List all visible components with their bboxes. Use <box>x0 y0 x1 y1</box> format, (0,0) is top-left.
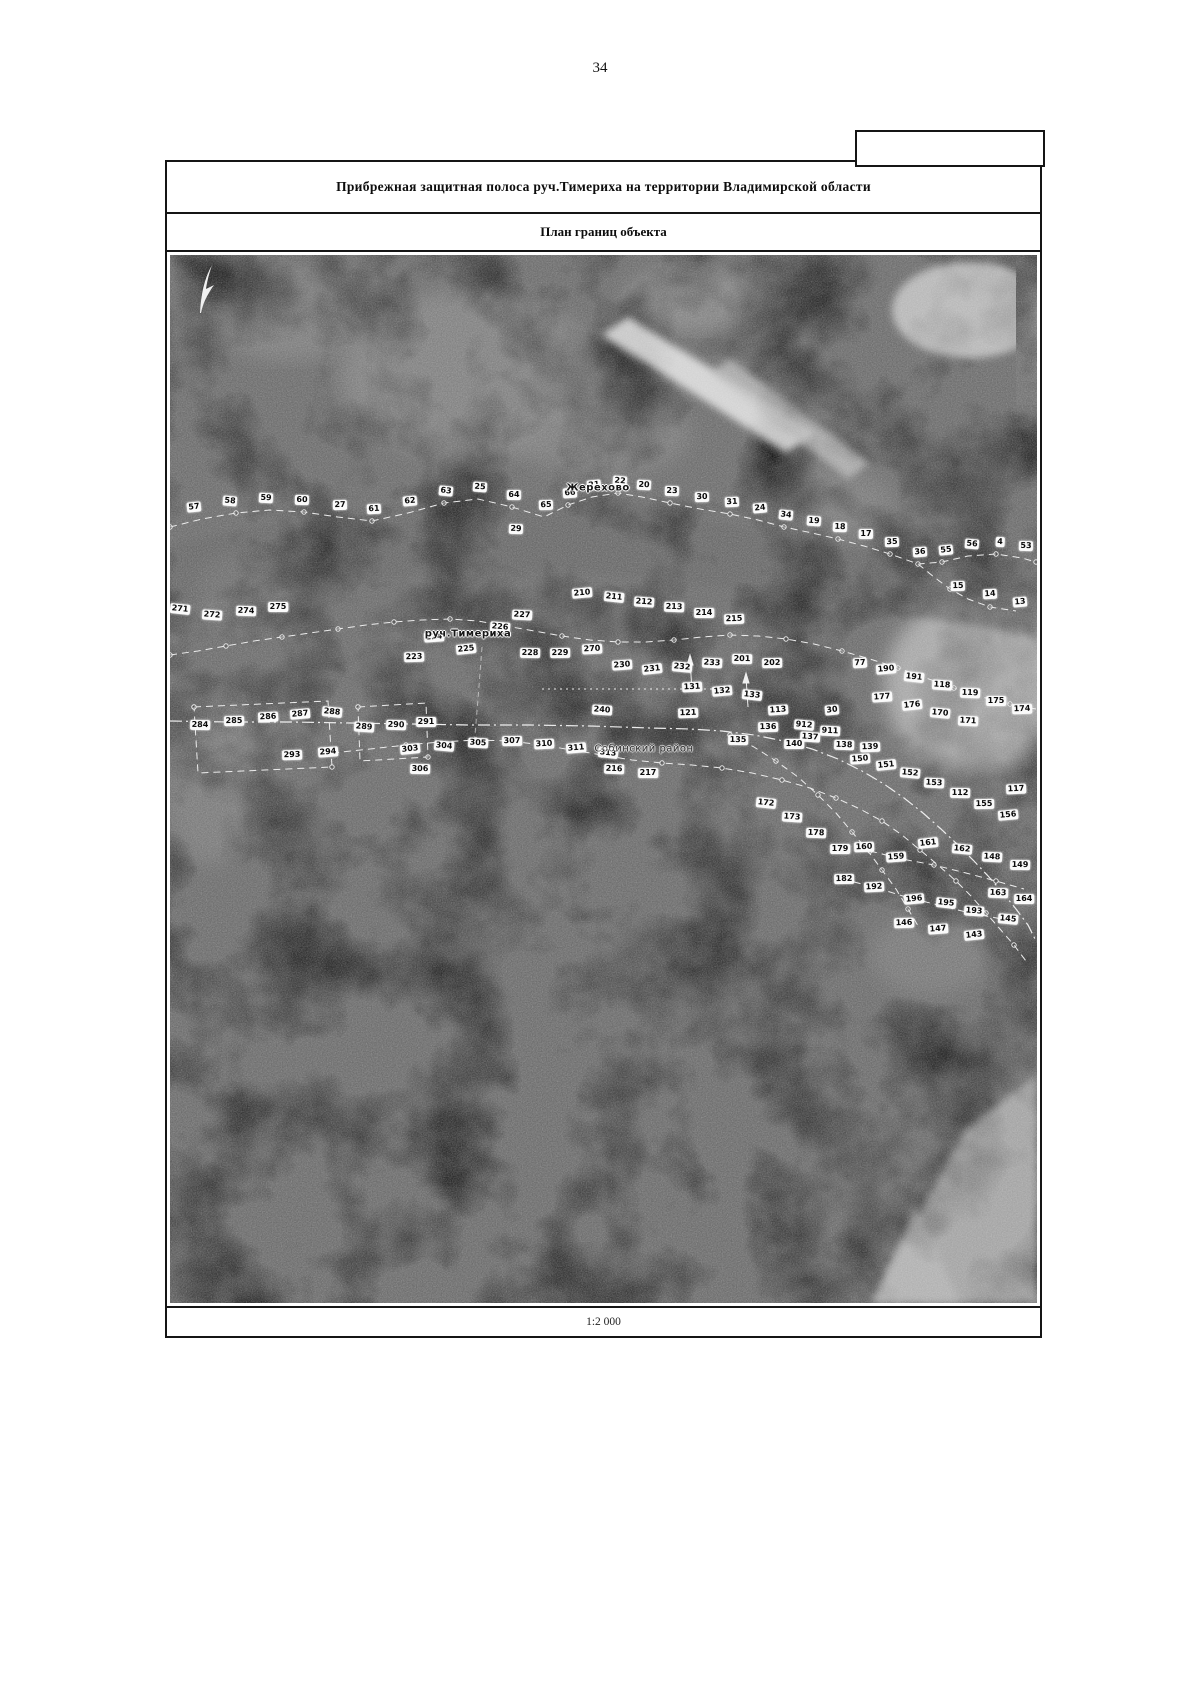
vertex-label: 136 <box>758 722 778 732</box>
vertex-label: 289 <box>354 721 374 732</box>
vertex-label: 171 <box>958 715 978 726</box>
vertex-label: 163 <box>988 888 1008 899</box>
vertex-label: 271 <box>170 603 190 615</box>
vertex-label: 138 <box>834 740 854 751</box>
boundary-vertex <box>660 761 664 765</box>
vertex-label: 305 <box>468 737 488 748</box>
boundary-vertex <box>954 879 958 883</box>
boundary-vertex <box>1012 943 1016 947</box>
boundary-vertex <box>816 793 820 797</box>
boundary-vertex <box>616 640 620 644</box>
boundary-vertex <box>850 830 854 834</box>
vertex-label: 290 <box>386 720 406 731</box>
vertex-label: 230 <box>612 659 632 670</box>
vertex-label: 135 <box>728 735 748 745</box>
vertex-label: 201 <box>732 654 752 664</box>
vertex-label: 62 <box>403 495 418 506</box>
vertex-label: 152 <box>900 767 920 779</box>
place-label: Жерехово <box>566 483 629 494</box>
vertex-label: 284 <box>190 720 210 730</box>
vertex-label: 173 <box>782 811 802 822</box>
vertex-label: 270 <box>582 643 602 654</box>
vertex-label: 213 <box>664 602 684 613</box>
document-page: 34 Прибрежная защитная полоса руч.Тимери… <box>0 0 1200 1689</box>
scale-text: 1:2 000 <box>586 1316 621 1328</box>
vertex-label: 132 <box>712 685 732 697</box>
vertex-label: 58 <box>223 495 238 506</box>
vertex-label: 117 <box>1006 783 1026 794</box>
boundary-vertex <box>836 537 840 541</box>
boundary-vertex <box>784 637 788 641</box>
vertex-label: 911 <box>820 725 840 736</box>
boundary-vertex <box>330 765 334 769</box>
vertex-label: 30 <box>695 492 709 502</box>
vertex-label: 146 <box>894 918 914 929</box>
boundary-vertex <box>392 620 396 624</box>
vertex-label: 179 <box>830 844 850 854</box>
boundary-vertex <box>880 868 884 872</box>
boundary-vertex <box>916 562 920 566</box>
vertex-label: 63 <box>438 485 453 496</box>
boundary-vertex <box>170 525 172 529</box>
boundary-vertex <box>782 525 786 529</box>
boundary-vertex <box>1034 560 1037 564</box>
vertex-label: 160 <box>854 842 874 853</box>
vertex-label: 155 <box>974 799 994 809</box>
vertex-label: 178 <box>806 828 826 839</box>
grain-noise <box>170 255 1037 1303</box>
vertex-label: 112 <box>950 788 970 798</box>
vertex-label: 30 <box>824 704 839 715</box>
vertex-label: 227 <box>512 609 532 620</box>
vertex-label: 55 <box>938 544 953 555</box>
vertex-label: 18 <box>833 522 847 532</box>
boundary-vertex <box>370 519 374 523</box>
vertex-label: 177 <box>872 691 892 702</box>
vertex-label: 19 <box>807 516 822 527</box>
boundary-vertex <box>720 766 724 770</box>
boundary-vertex <box>442 501 446 505</box>
stamp-box <box>855 130 1045 167</box>
vertex-label: 36 <box>913 547 928 558</box>
vertex-label: 288 <box>322 706 343 718</box>
plan-subtitle: План границ объекта <box>167 214 1040 252</box>
vertex-label: 23 <box>665 486 679 496</box>
boundary-vertex <box>336 627 340 631</box>
boundary-vertex <box>672 638 676 642</box>
vertex-label: 212 <box>634 596 654 607</box>
vertex-label: 164 <box>1014 894 1034 904</box>
vertex-label: 149 <box>1010 860 1030 870</box>
vertex-label: 140 <box>784 739 804 749</box>
map-wrap: 5758596027616263252964656621222023303124… <box>167 252 1040 1306</box>
vertex-label: 161 <box>918 837 939 849</box>
vertex-label: 162 <box>952 843 972 855</box>
vertex-label: 291 <box>416 717 436 727</box>
boundary-vertex <box>840 649 844 653</box>
vertex-label: 153 <box>924 777 944 788</box>
vertex-label: 119 <box>960 688 980 699</box>
vertex-label: 233 <box>702 657 722 668</box>
vertex-label: 202 <box>762 658 782 668</box>
map-area: 5758596027616263252964656621222023303124… <box>170 255 1037 1303</box>
vertex-label: 306 <box>410 764 430 774</box>
vertex-label: 272 <box>202 609 222 620</box>
vertex-label: 56 <box>965 538 980 549</box>
vertex-label: 182 <box>834 874 854 884</box>
scale-bar: 1:2 000 <box>167 1306 1040 1336</box>
vertex-label: 31 <box>725 497 740 508</box>
vertex-label: 156 <box>998 809 1018 821</box>
vertex-label: 211 <box>604 591 625 603</box>
vertex-label: 118 <box>932 679 952 690</box>
vertex-label: 293 <box>282 750 302 761</box>
place-label: руч.Тимериха <box>425 629 512 640</box>
vertex-label: 25 <box>473 482 488 493</box>
aerial-map-image <box>170 255 1037 1303</box>
vertex-label: 150 <box>850 753 870 764</box>
vertex-label: 225 <box>456 643 477 655</box>
vertex-label: 27 <box>333 500 347 510</box>
vertex-label: 131 <box>682 681 702 692</box>
vertex-label: 14 <box>983 589 998 600</box>
vertex-label: 216 <box>604 764 624 775</box>
boundary-vertex <box>234 511 238 515</box>
vertex-label: 190 <box>876 663 896 675</box>
boundary-vertex <box>834 796 838 800</box>
vertex-label: 13 <box>1013 596 1028 607</box>
vertex-label: 60 <box>295 495 309 505</box>
vertex-label: 15 <box>951 581 965 591</box>
vertex-label: 159 <box>886 851 906 862</box>
boundary-vertex <box>988 605 992 609</box>
vertex-label: 285 <box>224 716 244 726</box>
vertex-label: 139 <box>860 742 880 753</box>
boundary-vertex <box>224 644 228 648</box>
vertex-label: 59 <box>259 493 274 504</box>
vertex-label: 133 <box>742 689 763 701</box>
vertex-label: 34 <box>778 509 793 520</box>
vertex-label: 29 <box>509 524 523 534</box>
boundary-vertex <box>906 907 910 911</box>
place-label: Собинский район <box>594 744 693 755</box>
vertex-label: 143 <box>964 929 985 941</box>
boundary-vertex <box>728 512 732 516</box>
boundary-vertex <box>774 759 778 763</box>
boundary-vertex <box>448 617 452 621</box>
boundary-vertex <box>932 863 936 867</box>
vertex-label: 210 <box>572 587 592 599</box>
boundary-vertex <box>560 634 564 638</box>
vertex-label: 151 <box>876 759 897 771</box>
vertex-label: 232 <box>672 661 692 673</box>
vertex-label: 191 <box>904 671 925 683</box>
vertex-label: 174 <box>1012 704 1032 715</box>
plan-title: Прибрежная защитная полоса руч.Тимериха … <box>167 162 1040 214</box>
boundary-vertex <box>668 501 672 505</box>
boundary-vertex <box>170 653 172 657</box>
vertex-label: 304 <box>434 740 454 752</box>
vertex-label: 311 <box>566 742 586 754</box>
vertex-label: 912 <box>794 719 814 731</box>
boundary-vertex <box>880 819 884 823</box>
vertex-label: 148 <box>982 851 1002 862</box>
boundary-vertex <box>888 552 892 556</box>
vertex-label: 303 <box>400 743 421 755</box>
vertex-label: 61 <box>367 504 382 515</box>
vertex-label: 307 <box>502 736 522 746</box>
boundary-vertex <box>302 510 306 514</box>
vertex-label: 192 <box>864 881 884 892</box>
vertex-label: 121 <box>678 708 698 719</box>
vertex-label: 195 <box>936 897 957 909</box>
vertex-label: 24 <box>753 502 768 513</box>
boundary-vertex <box>426 755 430 759</box>
vertex-label: 4 <box>995 537 1004 547</box>
vertex-label: 217 <box>638 768 658 778</box>
boundary-vertex <box>940 560 944 564</box>
vertex-label: 231 <box>642 663 663 675</box>
vertex-label: 77 <box>853 658 868 669</box>
vertex-label: 172 <box>756 797 777 809</box>
vertex-label: 294 <box>318 746 338 757</box>
vertex-label: 229 <box>550 648 570 658</box>
vertex-label: 17 <box>859 529 873 539</box>
vertex-label: 228 <box>520 648 540 658</box>
boundary-vertex <box>896 666 900 670</box>
vertex-label: 196 <box>904 893 924 905</box>
vertex-label: 275 <box>268 602 288 612</box>
plan-frame: Прибрежная защитная полоса руч.Тимериха … <box>165 160 1042 1338</box>
vertex-label: 113 <box>768 704 788 715</box>
boundary-vertex <box>780 778 784 782</box>
vertex-label: 64 <box>507 490 521 500</box>
vertex-label: 65 <box>539 500 553 510</box>
vertex-label: 310 <box>534 738 554 749</box>
vertex-label: 35 <box>885 537 899 547</box>
boundary-vertex <box>566 503 570 507</box>
vertex-label: 214 <box>694 608 714 618</box>
vertex-label: 223 <box>404 652 424 663</box>
vertex-label: 57 <box>186 501 201 512</box>
boundary-vertex <box>192 705 196 709</box>
boundary-vertex <box>510 505 514 509</box>
vertex-label: 20 <box>637 480 652 491</box>
boundary-vertex <box>356 705 360 709</box>
vertex-label: 175 <box>986 696 1006 706</box>
vertex-label: 286 <box>258 711 278 722</box>
boundary-vertex <box>728 633 732 637</box>
boundary-vertex <box>994 552 998 556</box>
vertex-label: 145 <box>998 913 1018 925</box>
boundary-vertex <box>952 686 956 690</box>
page-number: 34 <box>0 60 1200 77</box>
boundary-vertex <box>280 635 284 639</box>
vertex-label: 170 <box>930 707 950 719</box>
vertex-label: 240 <box>592 704 612 715</box>
vertex-label: 215 <box>724 614 744 625</box>
boundary-vertex <box>994 879 998 883</box>
vertex-label: 274 <box>236 606 256 617</box>
vertex-label: 193 <box>964 905 984 916</box>
vertex-label: 176 <box>902 699 923 711</box>
vertex-label: 287 <box>290 708 310 720</box>
vertex-label: 53 <box>1019 541 1033 551</box>
boundary-vertex <box>984 911 988 915</box>
vertex-label: 147 <box>928 923 948 934</box>
